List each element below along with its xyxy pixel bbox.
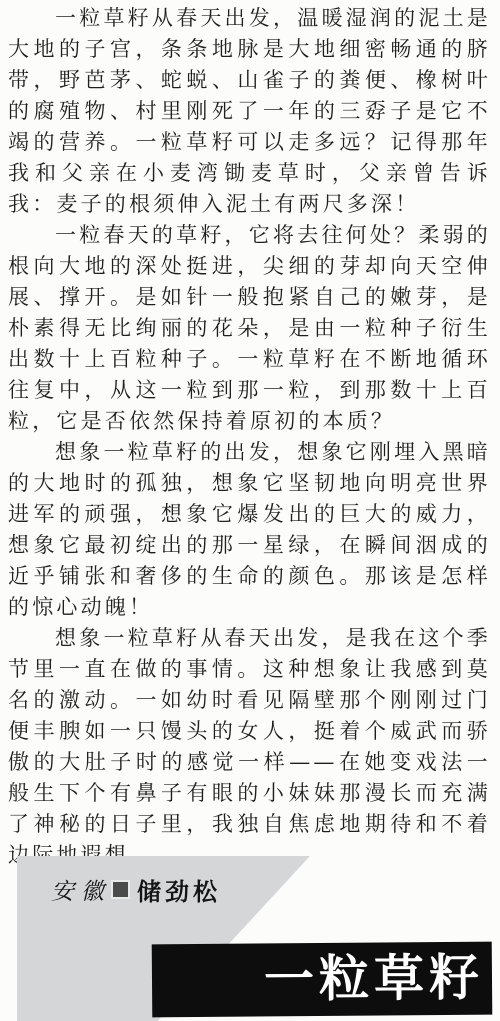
essay-paragraph-2: 一粒春天的草籽，它将去往何处？柔弱的根向大地的深处挺进，尖细的芽却向天空伸展、撑… xyxy=(8,220,491,437)
essay-title: 一粒草籽 xyxy=(264,942,493,1017)
essay-paragraph-4: 想象一粒草籽从春天出发，是我在这个季节里一直在做的事情。这种想象让我感到莫名的激… xyxy=(8,623,491,871)
essay-paragraph-3: 想象一粒草籽的出发，想象它刚埋入黑暗的大地时的孤独，想象它坚韧地向明亮世界进军的… xyxy=(8,437,491,623)
essay-paragraph-1: 一粒草籽从春天出发，温暖湿润的泥土是大地的子宫，条条地脉是大地细密畅通的脐带，野… xyxy=(8,3,491,220)
square-separator-icon xyxy=(113,882,128,897)
essay-body: 一粒草籽从春天出发，温暖湿润的泥土是大地的子宫，条条地脉是大地细密畅通的脐带，野… xyxy=(8,3,491,871)
author-name: 储劲松 xyxy=(137,872,221,907)
author-line: 安徽 储劲松 xyxy=(51,872,221,907)
author-region: 安徽 xyxy=(51,873,111,906)
scanned-page: 一粒草籽从春天出发，温暖湿润的泥土是大地的子宫，条条地脉是大地细密畅通的脐带，野… xyxy=(0,0,500,1021)
title-banner: 一粒草籽 xyxy=(152,942,493,1018)
